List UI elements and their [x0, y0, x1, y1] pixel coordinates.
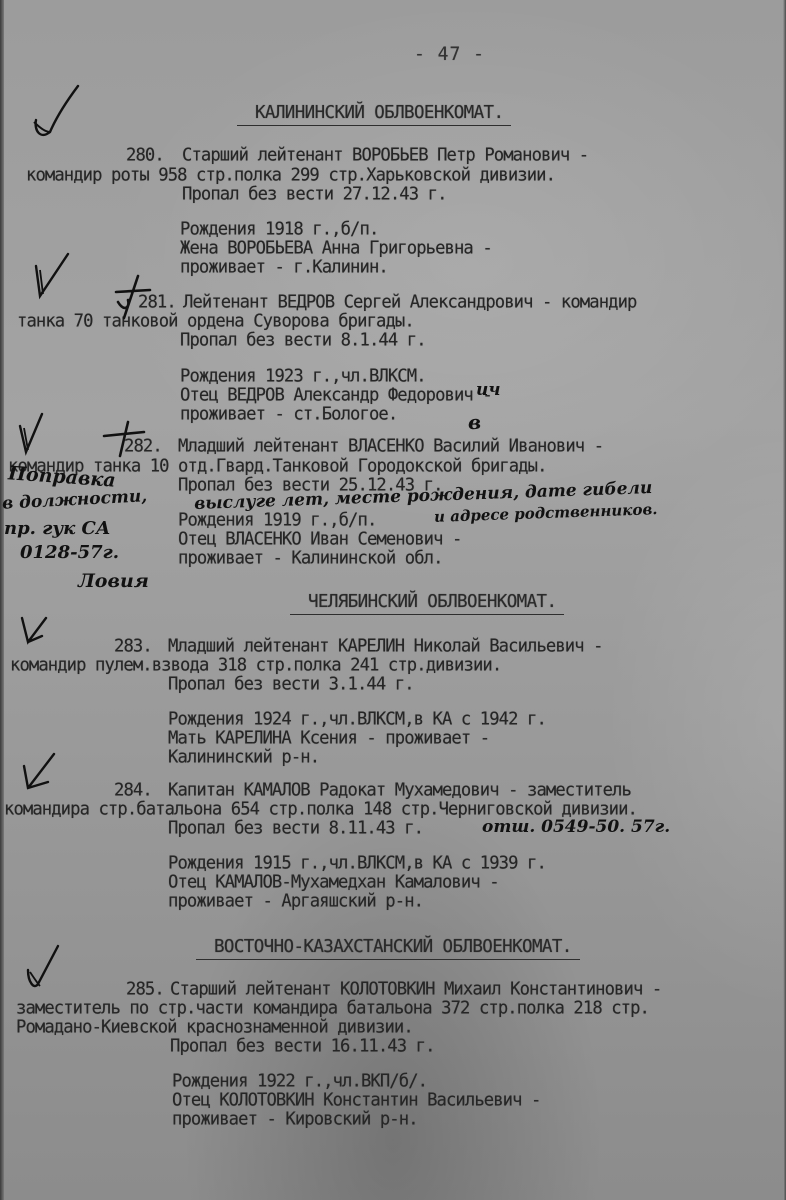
entry-281-line-1: Лейтенант ВЕДРОВ Сергей Александрович - …: [183, 292, 637, 313]
entry-281-detail-3: проживает - ст.Бологое.: [180, 404, 397, 425]
entry-283-number: 283.: [114, 636, 152, 657]
entry-280-line-2: командир роты 958 стр.полка 299 стр.Харь…: [26, 165, 555, 186]
margin-note-282-line-4: 0128-57г.: [20, 542, 119, 563]
section-heading-chelyabinsk: ЧЕЛЯБИНСКИЙ ОБЛВОЕНКОМАТ.: [290, 592, 564, 615]
signature-282: Ловия: [78, 570, 149, 592]
entry-284-line-3: Пропал без вести 8.11.43 г.: [168, 818, 423, 839]
checkmark-282-icon: [14, 410, 54, 460]
page-number: - 47 -: [414, 44, 485, 65]
entry-285-line-4: Пропал без вести 16.11.43 г.: [170, 1036, 435, 1057]
plus-mark-281-icon: [110, 272, 160, 322]
entry-285-line-2: заместитель по стр.части командира батал…: [16, 998, 649, 1019]
scan-edge-left: [0, 0, 4, 1200]
note-284: отш. 0549-50. 57г.: [482, 817, 670, 837]
entry-285-number: 285.: [126, 979, 164, 1000]
entry-283-detail-2: Мать КАРЕЛИНА Ксения - проживает -: [168, 728, 489, 749]
entry-280-number: 280.: [126, 145, 164, 166]
entry-282-line-1: Младший лейтенант ВЛАСЕНКО Василий Ивано…: [178, 436, 603, 457]
correction-282-letter: в: [468, 410, 481, 434]
entry-280-detail-2: Жена ВОРОБЬЕВА Анна Григорьевна -: [180, 238, 492, 259]
entry-281-detail-1: Рождения 1923 г.,чл.ВЛКСМ.: [180, 366, 426, 387]
entry-284-detail-1: Рождения 1915 г.,чл.ВЛКСМ,в КА с 1939 г.: [168, 853, 546, 874]
entry-284-number: 284.: [114, 780, 152, 801]
entry-283-detail-3: Калининский р-н.: [168, 747, 319, 768]
entry-282-detail-3: проживает - Калининской обл.: [178, 548, 443, 569]
entry-285-detail-3: проживает - Кировский р-н.: [172, 1109, 418, 1130]
entry-282-detail-2: Отец ВЛАСЕНКО Иван Семенович -: [178, 529, 461, 550]
archive-document-page: - 47 - КАЛИНИНСКИЙ ОБЛВОЕНКОМАТ. 280. Ст…: [0, 0, 786, 1200]
checkmark-281-icon: [30, 252, 75, 302]
section-heading-east-kazakhstan: ВОСТОЧНО-КАЗАХСТАНСКИЙ ОБЛВОЕНКОМАТ.: [196, 937, 580, 960]
entry-281-line-3: Пропал без вести 8.1.44 г.: [180, 330, 426, 351]
margin-note-282-line-3: пр. гук СА: [4, 518, 111, 539]
entry-283-line-3: Пропал без вести 3.1.44 г.: [168, 674, 414, 695]
checkmark-284-icon: [18, 752, 63, 797]
entry-281-line-2: танка 70 танковой ордена Суворова бригад…: [17, 311, 414, 332]
entry-285-line-1: Старший лейтенант КОЛОТОВКИН Михаил Конс…: [170, 979, 661, 1000]
entry-281-detail-2: Отец ВЕДРОВ Александр Федорович -: [180, 385, 492, 406]
entry-285-detail-2: Отец КОЛОТОВКИН Константин Васильевич -: [172, 1090, 540, 1111]
correction-281-suffix: ич: [476, 380, 501, 400]
checkmark-280-icon: [26, 82, 86, 152]
entry-280-line-3: Пропал без вести 27.12.43 г.: [182, 184, 447, 205]
entry-285-detail-1: Рождения 1922 г.,чл.ВКП/б/.: [172, 1071, 427, 1092]
plus-mark-282-icon: [100, 420, 150, 460]
entry-280-detail-3: проживает - г.Калинин.: [180, 257, 388, 278]
entry-285-line-3: Ромадано-Киевской краснознаменной дивизи…: [16, 1017, 413, 1038]
entry-280-line-1: Старший лейтенант ВОРОБЬЕВ Петр Романови…: [182, 145, 588, 166]
checkmark-285-icon: [24, 944, 64, 994]
entry-284-line-1: Капитан КАМАЛОВ Радокат Мухамедович - за…: [168, 780, 631, 801]
section-heading-kalinin: КАЛИНИНСКИЙ ОБЛВОЕНКОМАТ.: [237, 103, 511, 126]
entry-284-detail-3: проживает - Аргаяшский р-н.: [168, 891, 423, 912]
entry-283-line-1: Младший лейтенант КАРЕЛИН Николай Василь…: [168, 636, 603, 657]
checkmark-283-icon: [18, 612, 58, 652]
entry-284-detail-2: Отец КАМАЛОВ-Мухамедхан Камалович -: [168, 872, 499, 893]
entry-283-detail-1: Рождения 1924 г.,чл.ВЛКСМ,в КА с 1942 г.: [168, 709, 546, 730]
entry-283-line-2: командир пулем.взвода 318 стр.полка 241 …: [10, 655, 501, 676]
margin-note-282-line-2: в должности,: [2, 486, 148, 514]
entry-280-detail-1: Рождения 1918 г.,б/п.: [180, 219, 378, 240]
